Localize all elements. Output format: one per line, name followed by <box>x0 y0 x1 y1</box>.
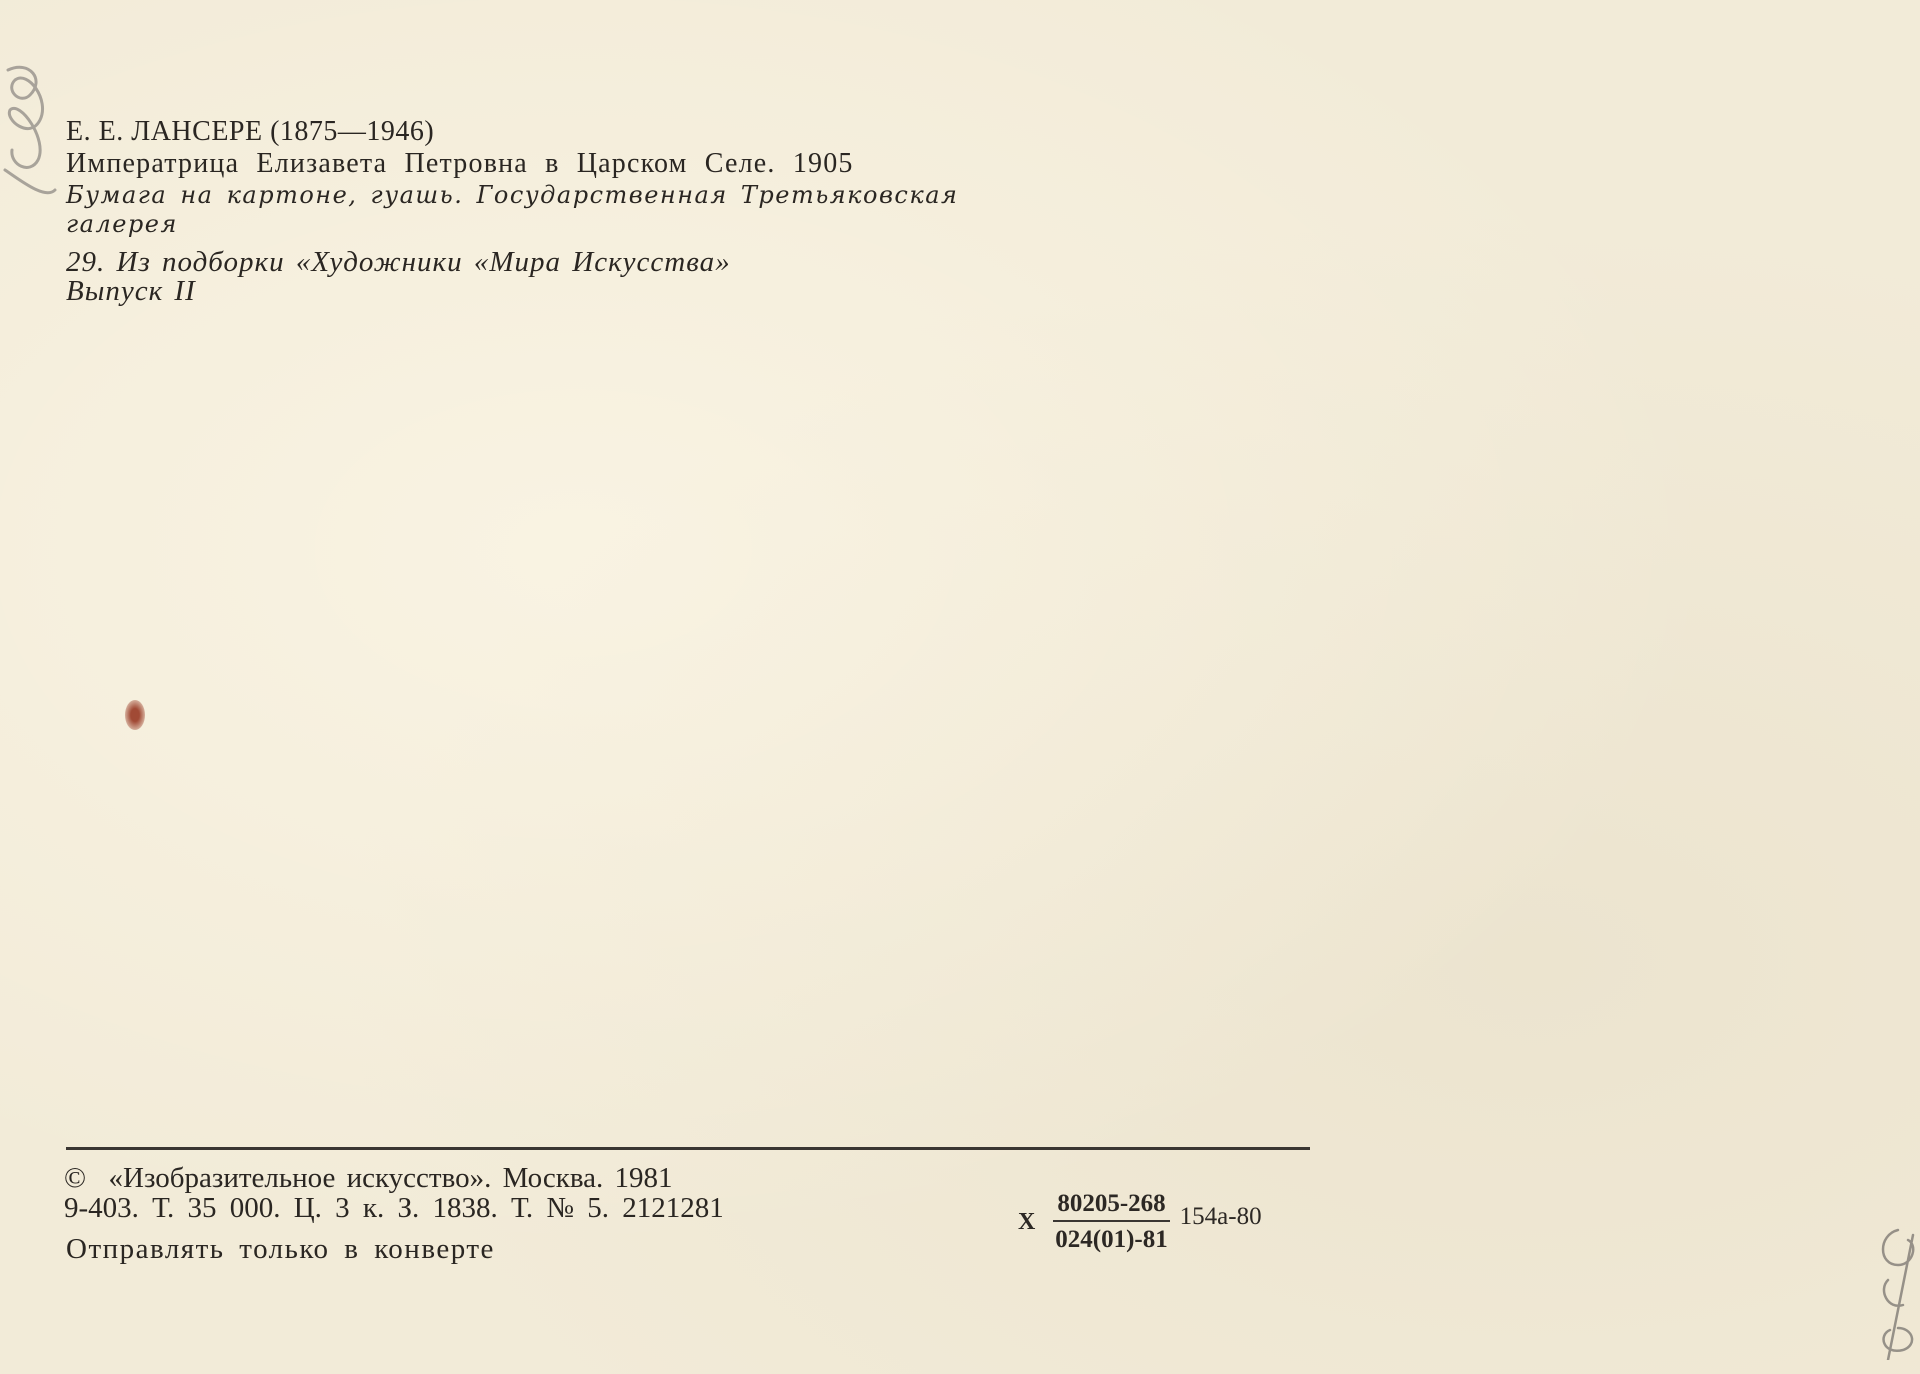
catalog-fraction: 80205-268 024(01)-81 <box>1053 1190 1169 1254</box>
print-info-line: 9-403. Т. 35 000. Ц. 3 к. З. 1838. Т. № … <box>64 1192 724 1225</box>
footer-divider <box>66 1147 1310 1150</box>
artwork-title: Императрица Елизавета Петровна в Царском… <box>66 148 854 180</box>
mailing-note: Отправлять только в конверте <box>66 1233 495 1266</box>
catalog-suffix: 154а-80 <box>1180 1203 1262 1231</box>
pencil-mark-top-left <box>0 50 60 210</box>
medium-line-2: галерея <box>66 210 178 238</box>
pencil-mark-bottom-right <box>1868 1210 1920 1360</box>
series-line-2: Выпуск II <box>66 275 196 308</box>
stain-mark <box>125 700 145 730</box>
medium-line-1: Бумага на картоне, гуашь. Государственна… <box>66 181 958 209</box>
catalog-prefix: X <box>1018 1209 1035 1236</box>
catalog-code: X 80205-268 024(01)-81 154а-80 <box>1018 1190 1262 1254</box>
catalog-denominator: 024(01)-81 <box>1055 1222 1167 1254</box>
catalog-numerator: 80205-268 <box>1053 1190 1169 1222</box>
artist-name: Е. Е. ЛАНСЕРЕ (1875—1946) <box>66 116 434 148</box>
publisher-line: © «Изобразительное искусство». Москва. 1… <box>64 1162 673 1195</box>
